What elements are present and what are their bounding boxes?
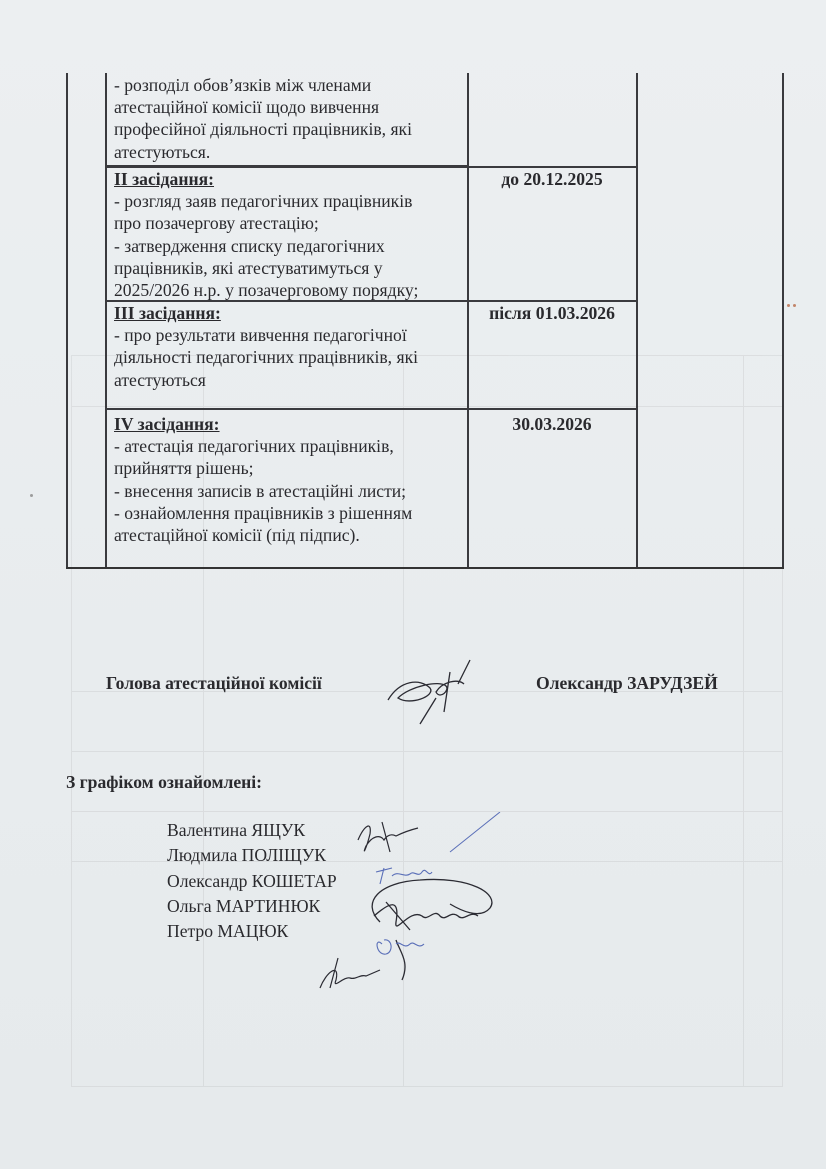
acknowledgement-list: Валентина ЯЩУК Людмила ПОЛІЩУК Олександр… <box>167 818 337 944</box>
row-text-line: атестуються. <box>114 141 412 163</box>
row-divider <box>105 408 638 410</box>
row-text-line: 2025/2026 н.р. у позачерговому порядку; <box>114 279 418 301</box>
table-row-continuation: - розподіл обов’язків між членами атеста… <box>114 74 412 163</box>
meeting-date: 30.03.2026 <box>468 414 636 435</box>
list-item: Валентина ЯЩУК <box>167 818 337 843</box>
list-item: Олександр КОШЕТАР <box>167 869 337 894</box>
meeting-date: після 01.03.2026 <box>468 303 636 324</box>
meeting-heading: IV засідання: <box>114 413 412 435</box>
row-text-line: атестаційної комісії щодо вивчення <box>114 96 412 118</box>
acknowledgement-title: З графіком ознайомлені: <box>66 772 262 793</box>
row-text-line: про позачергову атестацію; <box>114 212 418 234</box>
table-border-left <box>66 73 68 569</box>
row-text-line: - розподіл обов’язків між членами <box>114 74 412 96</box>
scan-speck <box>30 494 33 497</box>
scan-speck <box>787 304 790 307</box>
column-divider-1 <box>105 73 107 569</box>
scan-speck <box>793 304 796 307</box>
chair-title: Голова атестаційної комісії <box>106 673 322 694</box>
scanned-page: - розподіл обов’язків між членами атеста… <box>0 0 826 1169</box>
table-border-bottom <box>66 567 784 569</box>
column-divider-3 <box>636 73 638 569</box>
chair-signature-block: Голова атестаційної комісії Олександр ЗА… <box>106 673 826 703</box>
row-text-line: атестуються <box>114 369 418 391</box>
row-text-line: атестаційної комісії (під підпис). <box>114 524 412 546</box>
list-item: Людмила ПОЛІЩУК <box>167 843 337 868</box>
row-text-line: діяльності педагогічних працівників, які <box>114 346 418 368</box>
table-border-right <box>782 73 784 569</box>
row-text-line: працівників, які атестуватимуться у <box>114 257 418 279</box>
row-text-line: прийняття рішень; <box>114 457 412 479</box>
meeting-date: до 20.12.2025 <box>468 169 636 190</box>
schedule-table: - розподіл обов’язків між членами атеста… <box>66 73 784 569</box>
row-text-line: - внесення записів в атестаційні листи; <box>114 480 412 502</box>
table-row-meeting-3: ІІІ засідання: - про результати вивчення… <box>114 302 418 391</box>
row-text-line: - затвердження списку педагогічних <box>114 235 418 257</box>
list-item: Ольга МАРТИНЮК <box>167 894 337 919</box>
meeting-heading: ІІ засідання: <box>114 168 418 190</box>
list-item: Петро МАЦЮК <box>167 919 337 944</box>
row-text-line: - ознайомлення працівників з рішенням <box>114 502 412 524</box>
row-text-line: - про результати вивчення педагогічної <box>114 324 418 346</box>
table-row-meeting-2: ІІ засідання: - розгляд заяв педагогічни… <box>114 168 418 301</box>
meeting-heading: ІІІ засідання: <box>114 302 418 324</box>
chair-name: Олександр ЗАРУДЗЕЙ <box>536 673 718 694</box>
row-text-line: професійної діяльності працівників, які <box>114 118 412 140</box>
table-row-meeting-4: IV засідання: - атестація педагогічних п… <box>114 413 412 546</box>
row-text-line: - атестація педагогічних працівників, <box>114 435 412 457</box>
row-text-line: - розгляд заяв педагогічних працівників <box>114 190 418 212</box>
